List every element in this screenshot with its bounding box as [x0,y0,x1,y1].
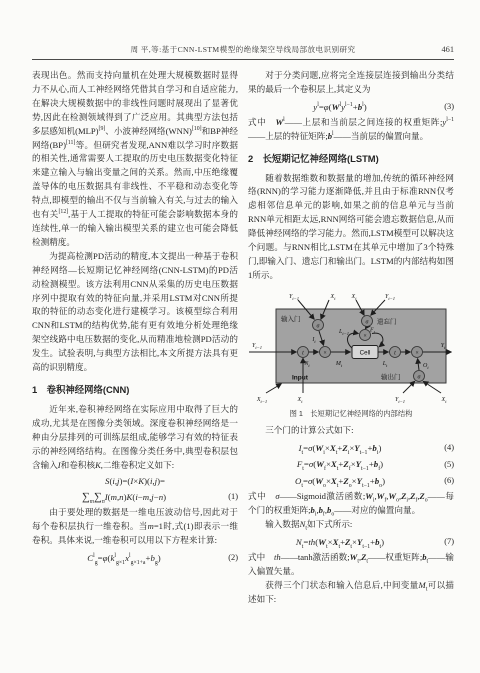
equation-2-number: (2) [216,551,238,565]
header-rule [32,59,454,60]
equation-456-note: 式中 σ——Sigmoid激活函数;Wi,Wf,Wo,Zi,Zf,Zo——每个门… [248,490,454,518]
arrow-xt1-bottom [266,384,281,393]
forget-gate-label: 遗忘门 [377,316,397,325]
figure-lstm: σ σ σ t × × t × Cell [248,289,454,421]
equation-3: yl=φ(Wlyl−1+bl) (3) [248,100,454,114]
equation-1-body: ∑m∑nI(m,n)K(i−m,j−n) [32,491,216,503]
cell-state-label: Cell [360,349,371,356]
equation-6-number: (6) [432,474,454,488]
label-xt-bottom-right: Xt [441,397,448,404]
equation-5-body: Ft=σ(Wf×Xt+Zf×Yt−1+bf) [248,458,432,470]
equation-6-body: Ot=σ(Wo×Xt+Zo×Yt−1+bo) [248,475,432,487]
equation-3-note: 式中 Wl——上层和当前层之间连接的权重矩阵;yl−1——上层的特征矩阵;bl—… [248,116,454,144]
label-yt1-bottom-right: Yt−1 [395,397,405,404]
label-lt1: Lt−1 [338,329,349,336]
paragraph-input-data: 输入数据Nt如下式所示: [248,518,454,532]
label-ot: Ot [423,363,429,370]
equation-2-body: Clg=φ(klg×1xlg×1+a+bg) [32,552,216,564]
label-xt-bottom: Xt [297,397,304,404]
equation-5: Ft=σ(Wf×Xt+Zf×Yt−1+bf) (5) [248,458,454,472]
label-xt1-bottom: Xt−1 [256,397,267,404]
equation-2: Clg=φ(klg×1xlg×1+a+bg) (2) [32,551,238,565]
paragraph-cnn-intro: 近年来,卷积神经网络在实际应用中取得了巨大的成功,尤其是在图像分类领域。深度卷积… [32,403,238,473]
equation-7-note: 式中 th——tanh激活函数;Wt,Zt——权重矩阵;bt——输入偏置矢量。 [248,551,454,579]
paragraph-fc-layer: 对于分类问题,应将完全连接层连接到输出分类结果的最后一个卷积层上,其定义为 [248,69,454,97]
equation-3-body: yl=φ(Wlyl−1+bl) [248,101,432,113]
equation-1-number: (1) [216,490,238,504]
two-column-body: 表现出色。然而支持向量机在处理大规模数据时显得力不从心,而人工神经网络凭借其自学… [32,69,454,607]
equation-4-body: It=σ(Wi×Xt+Zi×Yt−1+bi) [248,442,432,454]
output-gate-label: 输出门 [381,372,401,381]
paragraph-mid-variable: 获得三个门状态和输入信息后,中间变量Mt可以描述如下: [248,579,454,607]
equation-1: ∑m∑nI(m,n)K(i−m,j−n) (1) [32,490,238,504]
label-mt: Mt [335,361,343,368]
equation-7-body: Nt=th(Wt×Xt+Zt×Yt−1+bt) [248,536,432,548]
label-yt1-top-right: Yt−1 [385,294,395,301]
running-head: 周 平,等:基于CNN-LSTM模型的绝缘架空导线局部放电识别研究 461 [32,44,454,55]
forget-mult-symbol: × [363,333,367,339]
paper-page: 周 平,等:基于CNN-LSTM模型的绝缘架空导线局部放电识别研究 461 表现… [0,0,480,673]
page-number: 461 [424,45,454,54]
section-heading-lstm: 2 长短期记忆神经网络(LSTM) [248,153,454,165]
label-yt1-left: Yt−1 [252,343,262,350]
paragraph-gates-intro: 三个门的计算公式如下: [248,424,454,438]
equation-5-number: (5) [432,458,454,472]
label-it: It [311,337,316,344]
column-left: 表现出色。然而支持向量机在处理大规模数据时显得力不从心,而人工神经网络凭借其自学… [32,69,238,607]
label-yt1-top-left: Yt−1 [289,294,299,301]
equation-7-number: (7) [432,535,454,549]
label-xt-top-right: Xt [351,294,358,301]
label-lt: Lt [382,361,388,368]
paragraph-continuation: 表现出色。然而支持向量机在处理大规模数据时显得力不从心,而人工神经网络凭借其自学… [32,69,238,250]
equation-4: It=σ(Wi×Xt+Zi×Yt−1+bi) (4) [248,441,454,455]
figure-caption: 图 1 长短期记忆神经网络的内部结构 [248,407,454,421]
label-nt: Nt [303,361,310,368]
running-head-title: 周 平,等:基于CNN-LSTM模型的绝缘架空导线局部放电识别研究 [62,44,424,55]
output-mult-symbol: × [415,350,419,356]
input-region-label: Input [292,374,309,381]
input-gate-label: 输入门 [281,314,301,323]
label-xt-top-left: Xt [330,294,337,301]
equation-3-number: (3) [432,100,454,114]
equation-6: Ot=σ(Wo×Xt+Zo×Yt−1+bo) (6) [248,474,454,488]
paragraph-rnn: 随着数据维数和数据量的增加,传统的循环神经网络(RNN)的学习能力逐渐降低,并且… [248,172,454,283]
input-mult-symbol: × [323,350,327,356]
paragraph-proposal: 为提高检测PD活动的精度,本文提出一种基于卷积神经网络—长短期记忆神经网络(CN… [32,250,238,375]
equation-7: Nt=th(Wt×Xt+Zt×Yt−1+bt) (7) [248,535,454,549]
equation-4-number: (4) [432,441,454,455]
label-yt-out: Yt [441,343,446,350]
label-ft: Ft [369,327,376,334]
equation-1-line1: S(i,j)=(I×K)(i,j)= [32,475,238,487]
paragraph-1d-conv: 由于要处理的数据是一维电压波动信号,因此对于每个卷积层执行一维卷积。当m=1时,… [32,506,238,548]
column-right: 对于分类问题,应将完全连接层连接到输出分类结果的最后一个卷积层上,其定义为 yl… [248,69,454,607]
lstm-diagram: σ σ σ t × × t × Cell [248,289,454,405]
section-heading-cnn: 1 卷积神经网络(CNN) [32,384,238,396]
